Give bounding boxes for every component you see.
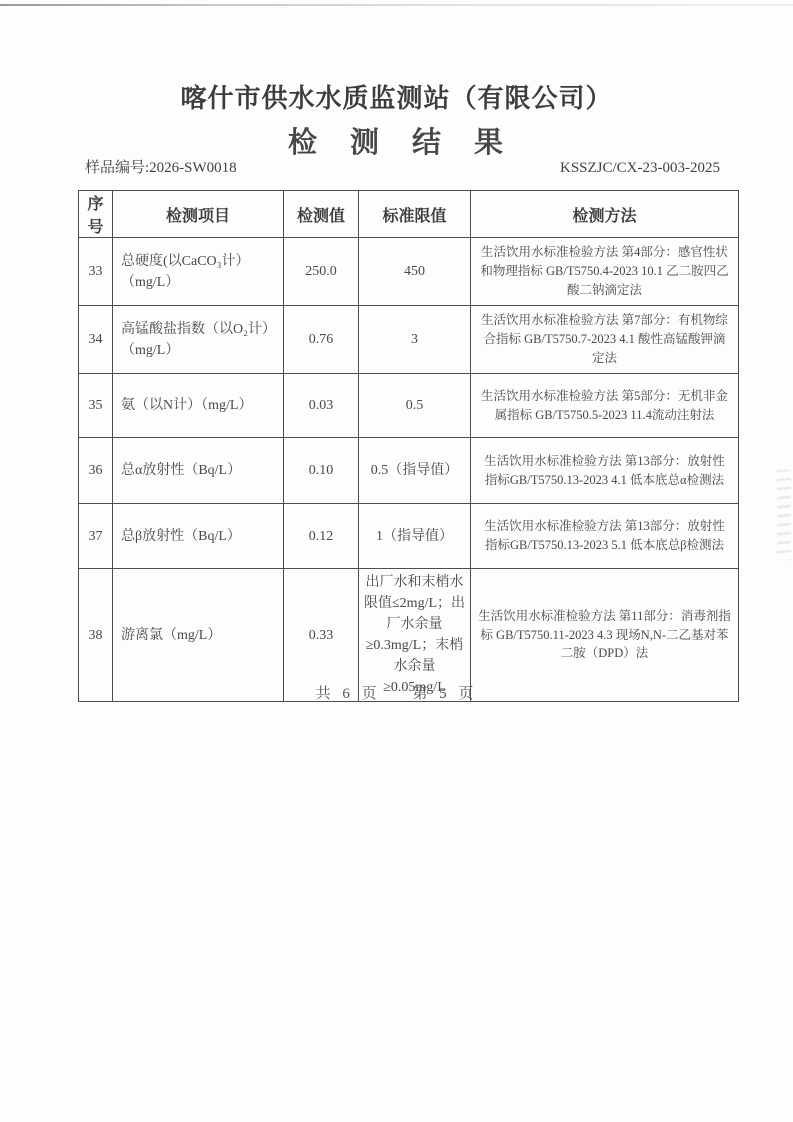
cell-value: 0.76 bbox=[284, 306, 359, 374]
page-footer: 共 6 页 第 5 页 bbox=[0, 682, 793, 703]
cell-item: 总β放射性（Bq/L） bbox=[113, 504, 284, 569]
col-header-method: 检测方法 bbox=[471, 191, 739, 238]
table-header-row: 序号 检测项目 检测值 标准限值 检测方法 bbox=[79, 191, 739, 238]
cell-item: 总α放射性（Bq/L） bbox=[113, 438, 284, 504]
pages-total: 共 6 页 bbox=[316, 686, 381, 702]
scan-artifact-right-smudge bbox=[777, 470, 791, 560]
cell-limit: 450 bbox=[359, 238, 471, 306]
col-header-no: 序号 bbox=[79, 191, 113, 238]
cell-limit: 0.5 bbox=[359, 374, 471, 438]
scan-artifact-top-line bbox=[0, 4, 793, 6]
table-row: 33 总硬度(以CaCO₃计）（mg/L） 250.0 450 生活饮用水标准检… bbox=[79, 238, 739, 306]
page-title: 喀什市供水水质监测站（有限公司） bbox=[0, 78, 793, 115]
col-header-item: 检测项目 bbox=[113, 191, 284, 238]
cell-item: 高锰酸盐指数（以O₂计）（mg/L） bbox=[113, 306, 284, 374]
table-row: 34 高锰酸盐指数（以O₂计）（mg/L） 0.76 3 生活饮用水标准检验方法… bbox=[79, 306, 739, 374]
col-header-value: 检测值 bbox=[284, 191, 359, 238]
cell-no: 37 bbox=[79, 504, 113, 569]
table-row: 35 氨（以N计）（mg/L） 0.03 0.5 生活饮用水标准检验方法 第5部… bbox=[79, 374, 739, 438]
report-code: KSSZJC/CX-23-003-2025 bbox=[560, 160, 720, 177]
cell-item: 氨（以N计）（mg/L） bbox=[113, 374, 284, 438]
results-table: 序号 检测项目 检测值 标准限值 检测方法 33 总硬度(以CaCO₃计）（mg… bbox=[78, 190, 739, 702]
cell-no: 35 bbox=[79, 374, 113, 438]
meta-row: 样品编号:2026-SW0018 KSSZJC/CX-23-003-2025 bbox=[85, 156, 720, 177]
cell-no: 33 bbox=[79, 238, 113, 306]
cell-limit: 3 bbox=[359, 306, 471, 374]
cell-no: 36 bbox=[79, 438, 113, 504]
page-subtitle: 检 测 结 果 bbox=[0, 120, 793, 161]
cell-value: 0.12 bbox=[284, 504, 359, 569]
cell-value: 0.03 bbox=[284, 374, 359, 438]
table-row: 37 总β放射性（Bq/L） 0.12 1（指导值） 生活饮用水标准检验方法 第… bbox=[79, 504, 739, 569]
document-page: 喀什市供水水质监测站（有限公司） 检 测 结 果 样品编号:2026-SW001… bbox=[0, 0, 793, 1122]
cell-method: 生活饮用水标准检验方法 第13部分：放射性指标GB/T5750.13-2023 … bbox=[471, 504, 739, 569]
table-row: 36 总α放射性（Bq/L） 0.10 0.5（指导值） 生活饮用水标准检验方法… bbox=[79, 438, 739, 504]
cell-method: 生活饮用水标准检验方法 第13部分：放射性指标GB/T5750.13-2023 … bbox=[471, 438, 739, 504]
cell-method: 生活饮用水标准检验方法 第7部分：有机物综合指标 GB/T5750.7-2023… bbox=[471, 306, 739, 374]
cell-item: 总硬度(以CaCO₃计）（mg/L） bbox=[113, 238, 284, 306]
cell-limit: 1（指导值） bbox=[359, 504, 471, 569]
cell-limit: 0.5（指导值） bbox=[359, 438, 471, 504]
cell-method: 生活饮用水标准检验方法 第5部分：无机非金属指标 GB/T5750.5-2023… bbox=[471, 374, 739, 438]
cell-value: 0.10 bbox=[284, 438, 359, 504]
cell-no: 34 bbox=[79, 306, 113, 374]
cell-value: 250.0 bbox=[284, 238, 359, 306]
col-header-limit: 标准限值 bbox=[359, 191, 471, 238]
sample-number: 样品编号:2026-SW0018 bbox=[85, 156, 237, 177]
page-current: 第 5 页 bbox=[412, 686, 477, 702]
cell-method: 生活饮用水标准检验方法 第4部分：感官性状和物理指标 GB/T5750.4-20… bbox=[471, 238, 739, 306]
